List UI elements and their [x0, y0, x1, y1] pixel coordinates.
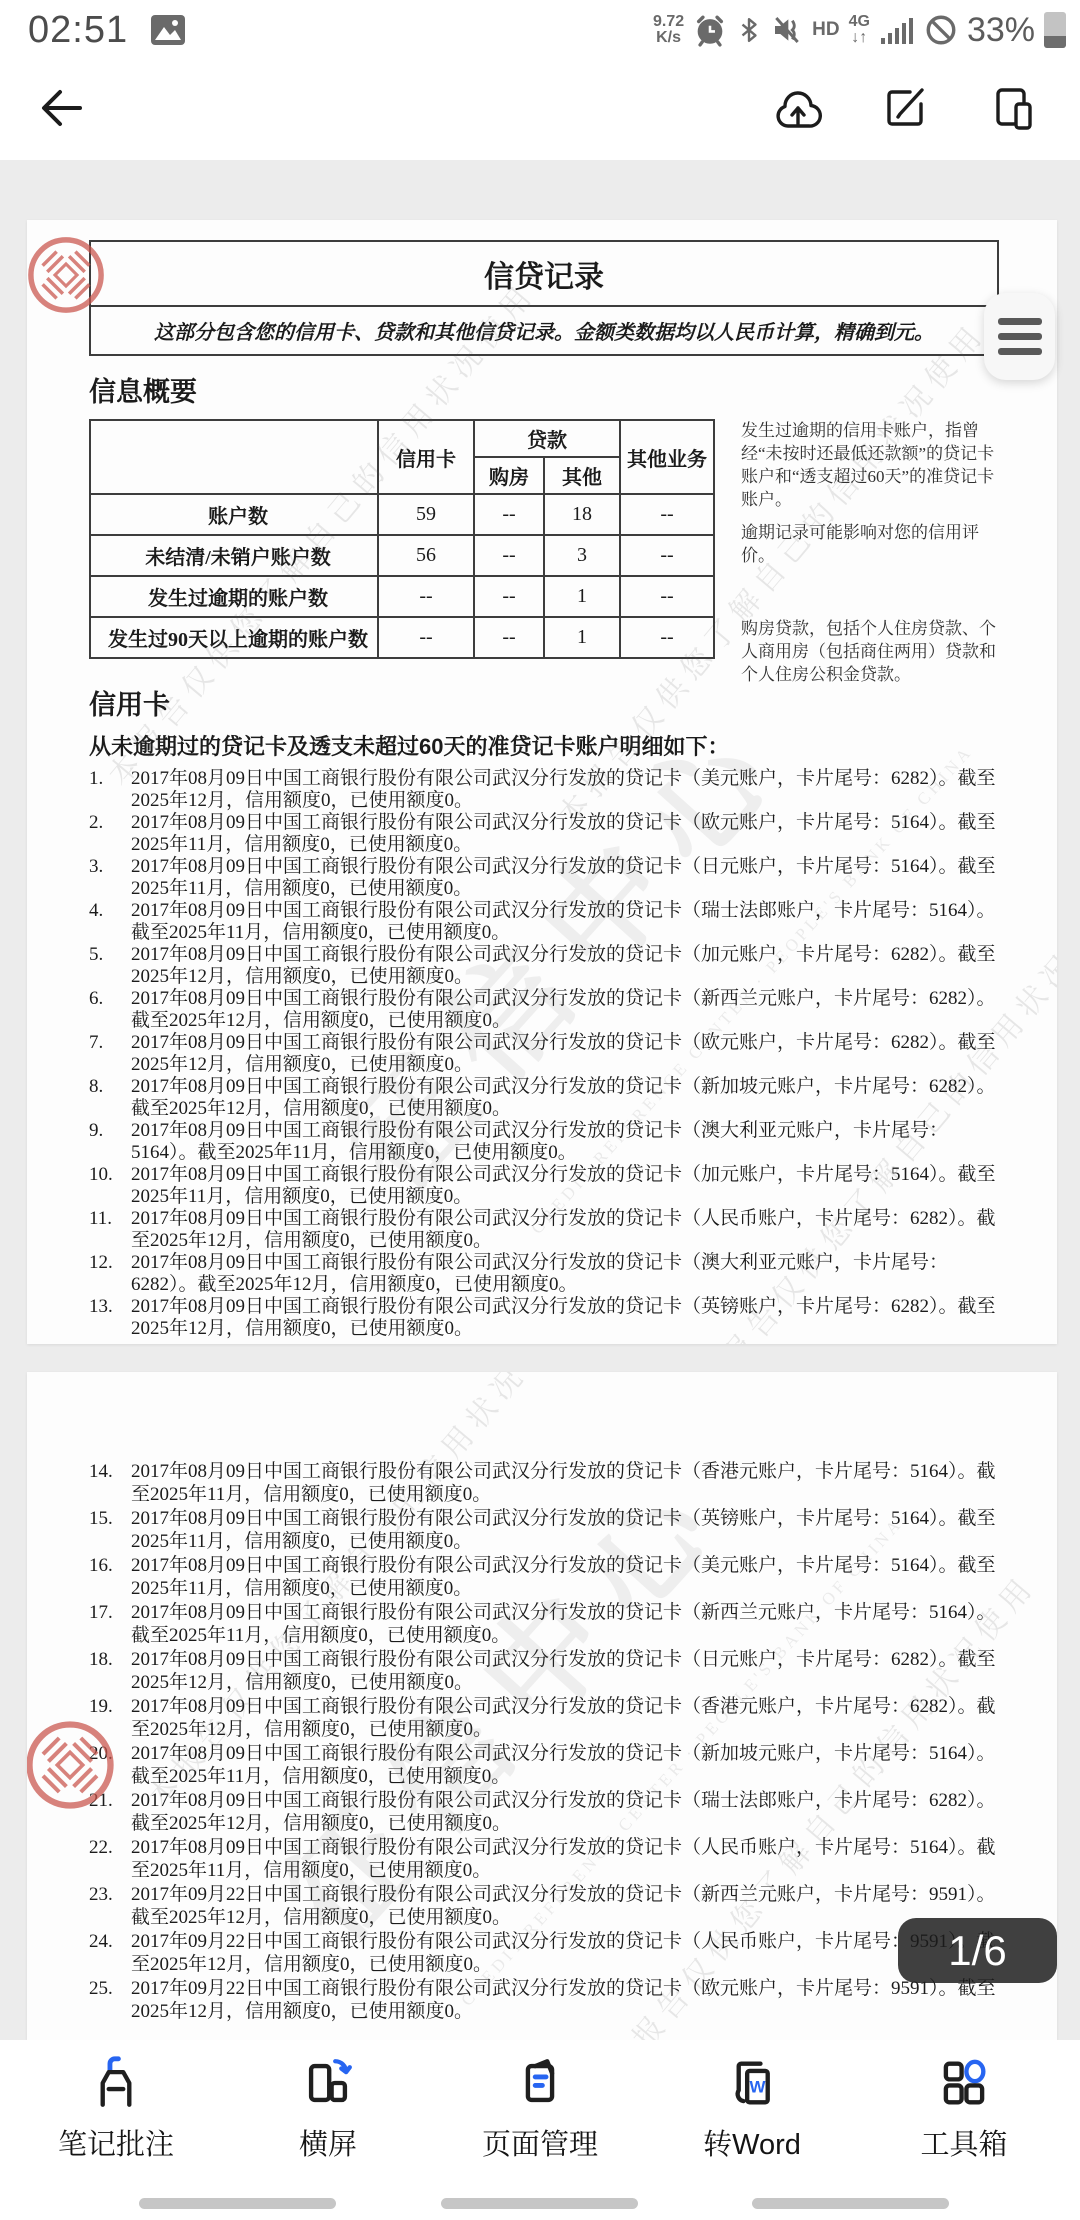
bottom-toolbar: 笔记批注 横屏 页面管理 — [0, 2040, 1080, 2220]
item-text: 2017年09月22日中国工商银行股份有限公司武汉分行发放的贷记卡（新西兰元账户… — [131, 1883, 1005, 1929]
credit-card-list-item: 14. 2017年08月09日中国工商银行股份有限公司武汉分行发放的贷记卡（香港… — [89, 1460, 1005, 1506]
summary-row-label: 发生过逾期的账户数 — [90, 576, 378, 617]
toolbox-button[interactable]: 工具箱 — [858, 2054, 1070, 2163]
page-management-button[interactable]: 页面管理 — [434, 2054, 646, 2163]
item-text: 2017年08月09日中国工商银行股份有限公司武汉分行发放的贷记卡（新西兰元账户… — [131, 1601, 1005, 1647]
item-text: 2017年08月09日中国工商银行股份有限公司武汉分行发放的贷记卡（加元账户，卡… — [131, 1164, 1005, 1208]
summary-row-label: 发生过90天以上逾期的账户数 — [90, 617, 378, 658]
navigation-bars — [0, 2198, 1080, 2210]
item-text: 2017年08月09日中国工商银行股份有限公司武汉分行发放的贷记卡（美元账户，卡… — [131, 768, 1005, 812]
summary-cell: 1 — [544, 576, 620, 617]
credit-card-list-item: 3. 2017年08月09日中国工商银行股份有限公司武汉分行发放的贷记卡（日元账… — [89, 856, 1005, 900]
item-number: 17. — [89, 1601, 131, 1647]
summary-cell: -- — [474, 617, 544, 658]
item-text: 2017年08月09日中国工商银行股份有限公司武汉分行发放的贷记卡（澳大利亚元账… — [131, 1120, 1005, 1164]
landscape-rotate-button[interactable]: 横屏 — [222, 2054, 434, 2163]
summary-cell: 3 — [544, 535, 620, 576]
signal-strength-icon — [879, 14, 915, 46]
item-number: 5. — [89, 944, 131, 988]
summary-note-text: 购房贷款，包括个人住房贷款、个人商用房（包括商住两用）贷款和个人住房公积金贷款。 — [741, 619, 996, 684]
credit-card-list-item: 20. 2017年08月09日中国工商银行股份有限公司武汉分行发放的贷记卡（新加… — [89, 1742, 1005, 1788]
item-text: 2017年09月22日中国工商银行股份有限公司武汉分行发放的贷记卡（欧元账户，卡… — [131, 1977, 1005, 2023]
summary-cell: -- — [620, 535, 714, 576]
summary-cell: 18 — [544, 494, 620, 535]
item-number: 14. — [89, 1460, 131, 1506]
network-speed: 9.72K/s — [653, 14, 684, 46]
item-number: 9. — [89, 1120, 131, 1164]
network-type: 4G↓↑ — [849, 14, 870, 46]
credit-card-list-item: 5. 2017年08月09日中国工商银行股份有限公司武汉分行发放的贷记卡（加元账… — [89, 944, 1005, 988]
battery-percent: 33% — [967, 11, 1035, 50]
summary-table-row: 未结清/未销户账户数 56 -- 3 -- — [90, 535, 714, 576]
item-number: 19. — [89, 1695, 131, 1741]
summary-note-text: 发生过逾期的信用卡账户，指曾经“未按时还最低还款额”的贷记卡账户和“透支超过60… — [741, 421, 994, 509]
mute-vibrate-icon — [771, 14, 803, 46]
credit-card-heading: 信用卡 — [89, 683, 1057, 722]
summary-section: 信用卡 贷款 其他业务 购房 其他 账户数 — [89, 419, 1003, 659]
item-text: 2017年08月09日中国工商银行股份有限公司武汉分行发放的贷记卡（香港元账户，… — [131, 1460, 1005, 1506]
floating-menu-button[interactable] — [984, 293, 1055, 380]
item-text: 2017年08月09日中国工商银行股份有限公司武汉分行发放的贷记卡（新西兰元账户… — [131, 988, 1005, 1032]
credit-card-list-item: 9. 2017年08月09日中国工商银行股份有限公司武汉分行发放的贷记卡（澳大利… — [89, 1120, 1005, 1164]
svg-text:W: W — [749, 2078, 765, 2097]
summary-col-credit-card: 信用卡 — [378, 420, 474, 494]
item-number: 15. — [89, 1507, 131, 1553]
credit-card-list-item: 24. 2017年09月22日中国工商银行股份有限公司武汉分行发放的贷记卡（人民… — [89, 1930, 1005, 1976]
item-number: 23. — [89, 1883, 131, 1929]
bluetooth-icon — [736, 13, 762, 47]
item-number: 7. — [89, 1032, 131, 1076]
credit-card-list-item: 4. 2017年08月09日中国工商银行股份有限公司武汉分行发放的贷记卡（瑞士法… — [89, 900, 1005, 944]
notes-annotation-button[interactable]: 笔记批注 — [10, 2054, 222, 2163]
summary-col-loan-house: 购房 — [474, 457, 544, 494]
item-number: 2. — [89, 812, 131, 856]
report-subtitle: 这部分包含您的信用卡、贷款和其他信贷记录。金额类数据均以人民币计算，精确到元。 — [91, 307, 997, 354]
item-text: 2017年08月09日中国工商银行股份有限公司武汉分行发放的贷记卡（日元账户，卡… — [131, 856, 1005, 900]
item-text: 2017年08月09日中国工商银行股份有限公司武汉分行发放的贷记卡（新加坡元账户… — [131, 1076, 1005, 1120]
item-text: 2017年08月09日中国工商银行股份有限公司武汉分行发放的贷记卡（欧元账户，卡… — [131, 1032, 1005, 1076]
item-number: 12. — [89, 1252, 131, 1296]
report-title: 信贷记录 — [91, 242, 997, 307]
edit-button[interactable] — [880, 82, 932, 134]
credit-card-list-item: 22. 2017年08月09日中国工商银行股份有限公司武汉分行发放的贷记卡（人民… — [89, 1836, 1005, 1882]
summary-table-row: 账户数 59 -- 18 -- — [90, 494, 714, 535]
item-number: 21. — [89, 1789, 131, 1835]
nav-bar-left[interactable] — [139, 2198, 336, 2209]
report-header-box: 信贷记录 这部分包含您的信用卡、贷款和其他信贷记录。金额类数据均以人民币计算，精… — [89, 240, 999, 356]
do-not-disturb-icon — [924, 13, 958, 47]
toolbar-item-label: 转Word — [703, 2122, 801, 2163]
summary-col-other-business: 其他业务 — [620, 420, 714, 494]
item-number: 22. — [89, 1836, 131, 1882]
item-text: 2017年08月09日中国工商银行股份有限公司武汉分行发放的贷记卡（澳大利亚元账… — [131, 1252, 1005, 1296]
credit-card-list-item: 16. 2017年08月09日中国工商银行股份有限公司武汉分行发放的贷记卡（美元… — [89, 1554, 1005, 1600]
item-number: 11. — [89, 1208, 131, 1252]
item-number: 18. — [89, 1648, 131, 1694]
app-toolbar — [0, 56, 1080, 160]
item-number: 16. — [89, 1554, 131, 1600]
cloud-upload-button[interactable] — [772, 82, 824, 134]
summary-cell: -- — [378, 617, 474, 658]
credit-card-list-item: 11. 2017年08月09日中国工商银行股份有限公司武汉分行发放的贷记卡（人民… — [89, 1208, 1005, 1252]
toolbar-item-label: 横屏 — [299, 2122, 357, 2163]
summary-table-row: 发生过逾期的账户数 -- -- 1 -- — [90, 576, 714, 617]
credit-card-list-item: 25. 2017年09月22日中国工商银行股份有限公司武汉分行发放的贷记卡（欧元… — [89, 1977, 1005, 2023]
summary-col-blank — [90, 420, 378, 494]
item-text: 2017年08月09日中国工商银行股份有限公司武汉分行发放的贷记卡（瑞士法郎账户… — [131, 900, 1005, 944]
summary-notes: 逾期记录可能影响对您的信用评价。 购房贷款，包括个人住房贷款、个人商用房（包括商… — [741, 419, 1003, 659]
summary-cell: -- — [620, 617, 714, 658]
item-text: 2017年08月09日中国工商银行股份有限公司武汉分行发放的贷记卡（欧元账户，卡… — [131, 812, 1005, 856]
summary-cell: -- — [474, 576, 544, 617]
summary-table-row: 发生过90天以上逾期的账户数 -- -- 1 -- — [90, 617, 714, 658]
item-number: 8. — [89, 1076, 131, 1120]
summary-note: 逾期记录可能影响对您的信用评价。 — [741, 521, 1003, 567]
status-bar: 02:51 9.72K/s HD 4G↓↑ — [0, 0, 1080, 56]
summary-cell: -- — [620, 494, 714, 535]
credit-card-list-item: 19. 2017年08月09日中国工商银行股份有限公司武汉分行发放的贷记卡（香港… — [89, 1695, 1005, 1741]
item-text: 2017年08月09日中国工商银行股份有限公司武汉分行发放的贷记卡（人民币账户，… — [131, 1208, 1005, 1252]
summary-cell: -- — [474, 535, 544, 576]
summary-row-label: 未结清/未销户账户数 — [90, 535, 378, 576]
item-text: 2017年08月09日中国工商银行股份有限公司武汉分行发放的贷记卡（人民币账户，… — [131, 1836, 1005, 1882]
credit-card-list-item: 7. 2017年08月09日中国工商银行股份有限公司武汉分行发放的贷记卡（欧元账… — [89, 1032, 1005, 1076]
summary-cell: 59 — [378, 494, 474, 535]
item-number: 24. — [89, 1930, 131, 1976]
summary-cell: -- — [378, 576, 474, 617]
item-number: 6. — [89, 988, 131, 1032]
credit-card-list-item: 15. 2017年08月09日中国工商银行股份有限公司武汉分行发放的贷记卡（英镑… — [89, 1507, 1005, 1553]
hd-indicator: HD — [812, 22, 839, 38]
item-text: 2017年08月09日中国工商银行股份有限公司武汉分行发放的贷记卡（日元账户，卡… — [131, 1648, 1005, 1694]
credit-card-list-item: 13. 2017年08月09日中国工商银行股份有限公司武汉分行发放的贷记卡（英镑… — [89, 1296, 1005, 1340]
credit-card-list-item: 1. 2017年08月09日中国工商银行股份有限公司武汉分行发放的贷记卡（美元账… — [89, 768, 1005, 812]
item-text: 2017年08月09日中国工商银行股份有限公司武汉分行发放的贷记卡（美元账户，卡… — [131, 1554, 1005, 1600]
screen: 02:51 9.72K/s HD 4G↓↑ — [0, 0, 1080, 2220]
status-icons: 9.72K/s HD 4G↓↑ 33% — [653, 11, 1066, 50]
item-text: 2017年09月22日中国工商银行股份有限公司武汉分行发放的贷记卡（人民币账户，… — [131, 1930, 1005, 1976]
credit-card-list-item: 12. 2017年08月09日中国工商银行股份有限公司武汉分行发放的贷记卡（澳大… — [89, 1252, 1005, 1296]
item-text: 2017年08月09日中国工商银行股份有限公司武汉分行发放的贷记卡（香港元账户，… — [131, 1695, 1005, 1741]
summary-col-loan-other: 其他 — [544, 457, 620, 494]
summary-note-text: 逾期记录可能影响对您的信用评价。 — [741, 523, 979, 565]
item-text: 2017年08月09日中国工商银行股份有限公司武汉分行发放的贷记卡（英镑账户，卡… — [131, 1507, 1005, 1553]
item-number: 13. — [89, 1296, 131, 1340]
item-text: 2017年08月09日中国工商银行股份有限公司武汉分行发放的贷记卡（瑞士法郎账户… — [131, 1789, 1005, 1835]
credit-card-list-page2: 14. 2017年08月09日中国工商银行股份有限公司武汉分行发放的贷记卡（香港… — [89, 1460, 1005, 2023]
item-text: 2017年08月09日中国工商银行股份有限公司武汉分行发放的贷记卡（新加坡元账户… — [131, 1742, 1005, 1788]
summary-row-label: 账户数 — [90, 494, 378, 535]
credit-card-list-item: 6. 2017年08月09日中国工商银行股份有限公司武汉分行发放的贷记卡（新西兰… — [89, 988, 1005, 1032]
credit-card-subheading: 从未逾期过的贷记卡及透支未超过60天的准贷记卡账户明细如下： — [89, 730, 1003, 761]
page-number-badge[interactable]: 1/6 — [898, 1918, 1057, 1983]
summary-cell: -- — [474, 494, 544, 535]
credit-card-list-item: 23. 2017年09月22日中国工商银行股份有限公司武汉分行发放的贷记卡（新西… — [89, 1883, 1005, 1929]
summary-cell: 56 — [378, 535, 474, 576]
credit-card-list-page1: 1. 2017年08月09日中国工商银行股份有限公司武汉分行发放的贷记卡（美元账… — [89, 768, 1005, 1340]
item-number: 20. — [89, 1742, 131, 1788]
summary-cell: -- — [620, 576, 714, 617]
item-number: 25. — [89, 1977, 131, 2023]
credit-card-list-item: 8. 2017年08月09日中国工商银行股份有限公司武汉分行发放的贷记卡（新加坡… — [89, 1076, 1005, 1120]
item-text: 2017年08月09日中国工商银行股份有限公司武汉分行发放的贷记卡（英镑账户，卡… — [131, 1296, 1005, 1340]
toolbar-item-label: 页面管理 — [482, 2122, 598, 2163]
hamburger-icon — [998, 318, 1042, 325]
item-number: 1. — [89, 768, 131, 812]
alarm-icon — [693, 13, 727, 47]
summary-note: 发生过逾期的信用卡账户，指曾经“未按时还最低还款额”的贷记卡账户和“透支超过60… — [741, 419, 1003, 511]
credit-card-list-item: 10. 2017年08月09日中国工商银行股份有限公司武汉分行发放的贷记卡（加元… — [89, 1164, 1005, 1208]
toolbar-item-label: 笔记批注 — [58, 2122, 174, 2163]
document-scroll-area[interactable]: 本报告仅供您了解自己的信用状况使用 本报告仅供您了解自己的信用状况使用 征信中心… — [0, 160, 1080, 2040]
item-number: 3. — [89, 856, 131, 900]
battery-icon — [1044, 12, 1066, 48]
credit-card-list-item: 18. 2017年08月09日中国工商银行股份有限公司武汉分行发放的贷记卡（日元… — [89, 1648, 1005, 1694]
summary-cell: 1 — [544, 617, 620, 658]
multi-device-button[interactable] — [988, 82, 1040, 134]
nav-bar-right[interactable] — [752, 2198, 949, 2209]
page-footer: 第 1 页，共 6 页 — [27, 1340, 1057, 1344]
back-button[interactable] — [36, 84, 88, 132]
item-text: 2017年08月09日中国工商银行股份有限公司武汉分行发放的贷记卡（加元账户，卡… — [131, 944, 1005, 988]
convert-to-word-button[interactable]: W 转Word — [646, 2054, 858, 2163]
summary-heading: 信息概要 — [89, 370, 1057, 409]
summary-table: 信用卡 贷款 其他业务 购房 其他 账户数 — [89, 419, 715, 659]
credit-card-list-item: 17. 2017年08月09日中国工商银行股份有限公司武汉分行发放的贷记卡（新西… — [89, 1601, 1005, 1647]
item-number: 10. — [89, 1164, 131, 1208]
report-page-1: 本报告仅供您了解自己的信用状况使用 本报告仅供您了解自己的信用状况使用 征信中心… — [27, 220, 1057, 1344]
screenshot-notification-icon — [150, 14, 186, 46]
clock-time: 02:51 — [28, 9, 128, 52]
item-number: 4. — [89, 900, 131, 944]
toolbar-item-label: 工具箱 — [920, 2122, 1007, 2163]
credit-card-list-item: 2. 2017年08月09日中国工商银行股份有限公司武汉分行发放的贷记卡（欧元账… — [89, 812, 1005, 856]
summary-note: 购房贷款，包括个人住房贷款、个人商用房（包括商住两用）贷款和个人住房公积金贷款。 — [741, 617, 1003, 686]
credit-card-list-item: 21. 2017年08月09日中国工商银行股份有限公司武汉分行发放的贷记卡（瑞士… — [89, 1789, 1005, 1835]
summary-col-loan: 贷款 — [474, 420, 620, 457]
nav-bar-center[interactable] — [441, 2198, 638, 2209]
